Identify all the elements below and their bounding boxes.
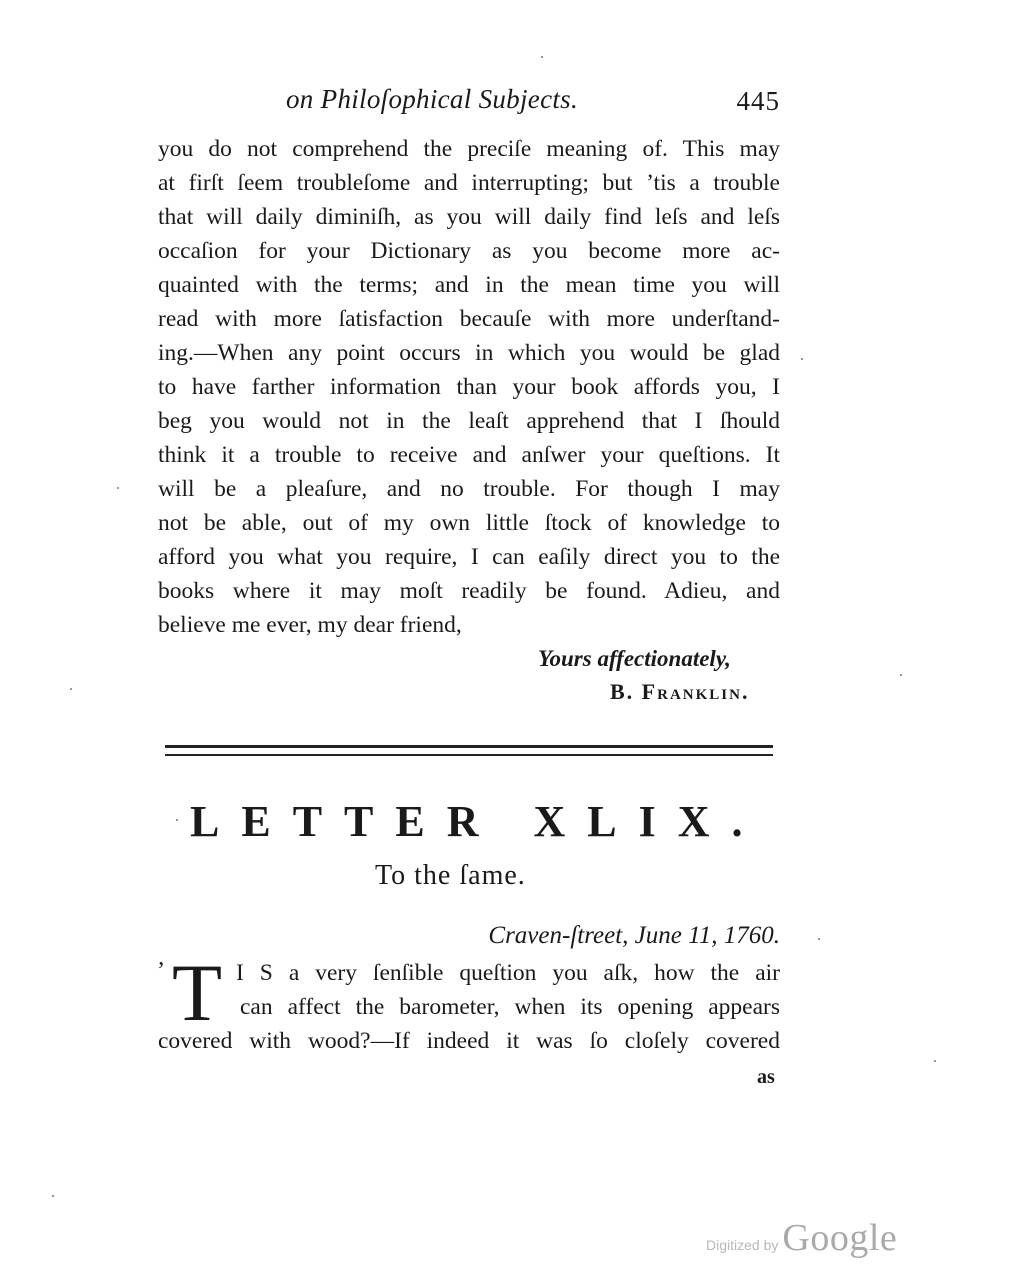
letter-recipient: To the ſame.	[375, 860, 526, 892]
signature: B. Franklin.	[610, 679, 749, 705]
text-line: beg you would not in the leaſt apprehend…	[158, 404, 780, 438]
book-page: on Philoſophical Subjects. 445 you do no…	[0, 0, 1014, 1282]
text-line: can affect the barometer, when its openi…	[158, 990, 780, 1024]
dateline: Craven-ſtreet, June 11, 1760.	[488, 922, 780, 950]
running-title: on Philoſophical Subjects.	[286, 84, 578, 115]
closing-salutation: Yours affectionately,	[538, 646, 731, 672]
digitized-watermark: Digitized by Google	[706, 1216, 897, 1260]
print-speck	[52, 1195, 54, 1197]
text-line: books where it may moſt readily be found…	[158, 574, 780, 608]
print-speck	[541, 56, 543, 58]
print-speck	[900, 674, 902, 676]
text-line: quainted with the terms; and in the mean…	[158, 268, 780, 302]
text-line: believe me ever, my dear friend,	[158, 608, 780, 642]
text-line: afford you what you require, I can eaſil…	[158, 540, 780, 574]
text-line: think it a trouble to receive and anſwer…	[158, 438, 780, 472]
text-line: ing.—When any point occurs in which you …	[158, 336, 780, 370]
text-line: I S a very ſenſible queſtion you aſk, ho…	[158, 956, 780, 990]
previous-letter-body: you do not comprehend the preciſe meanin…	[158, 132, 780, 642]
text-line: you do not comprehend the preciſe meanin…	[158, 132, 780, 166]
running-head: on Philoſophical Subjects. 445	[286, 84, 786, 124]
text-line: covered with wood?—If indeed it was ſo c…	[158, 1024, 780, 1058]
divider-rule-top	[165, 745, 773, 748]
text-line: not be able, out of my own little ſtock …	[158, 506, 780, 540]
watermark-prefix: Digitized by	[706, 1237, 778, 1253]
divider-rule-bottom	[165, 754, 773, 756]
print-speck	[176, 819, 178, 821]
text-line: at firſt ſeem troubleſome and interrupti…	[158, 166, 780, 200]
page-number: 445	[737, 86, 781, 117]
print-speck	[70, 688, 72, 690]
google-logo: Google	[782, 1217, 897, 1259]
print-speck	[934, 1060, 936, 1062]
text-line: to have farther information than your bo…	[158, 370, 780, 404]
text-line: will be a pleaſure, and no trouble. For …	[158, 472, 780, 506]
print-speck	[801, 358, 803, 360]
print-speck	[117, 487, 119, 489]
letter-opening: I S a very ſenſible queſtion you aſk, ho…	[158, 956, 780, 1058]
letter-title: LETTER XLIX.	[190, 796, 750, 847]
text-line: that will daily diminiſh, as you will da…	[158, 200, 780, 234]
print-speck	[818, 938, 820, 940]
catchword: as	[757, 1066, 775, 1089]
text-line: occaſion for your Dictionary as you beco…	[158, 234, 780, 268]
text-line: read with more ſatisfaction becauſe with…	[158, 302, 780, 336]
